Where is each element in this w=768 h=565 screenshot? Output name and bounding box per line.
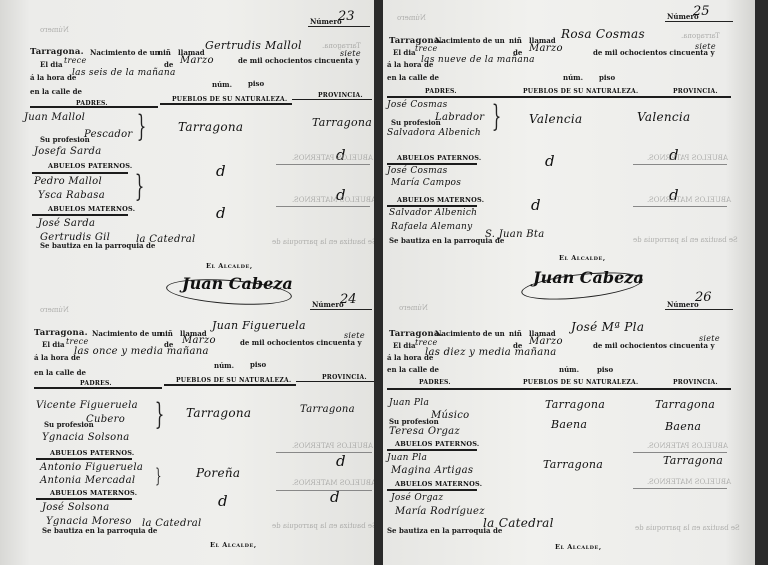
day-label: El dia: [393, 48, 416, 57]
parents-header: PADRES.: [425, 88, 457, 95]
bleed-through-text: ABUELOS PATERNOS.: [647, 154, 728, 162]
towns-header: PUEBLOS DE SU NATURALEZA.: [176, 377, 291, 384]
month-value: Marzo: [182, 335, 216, 346]
mayor-label: El Alcalde,: [555, 543, 602, 551]
paternal-province: Tarragona: [663, 454, 723, 467]
province-header: PROVINCIA.: [322, 374, 367, 381]
brace-icon: }: [137, 112, 147, 142]
mother-name: Teresa Orgaz: [389, 426, 460, 437]
floor-label: piso: [250, 360, 266, 369]
child-label: niñ: [160, 329, 173, 338]
maternal-grandfather: José Solsona: [42, 502, 109, 513]
year-value: siete: [699, 334, 720, 343]
right-page: Número Número 25 Tarragona. Nacimiento d…: [383, 0, 755, 565]
paternal-header: ABUELOS PATERNOS.: [395, 440, 479, 448]
father-name: José Cosmas: [387, 100, 448, 110]
paternal-town: Poreña: [196, 466, 240, 480]
bleed-through-text: Número: [40, 26, 69, 34]
parents-province: Tarragona: [655, 398, 715, 411]
parish-value: S. Juan Bta: [485, 229, 545, 240]
father-name: Juan Pla: [389, 398, 429, 408]
bleed-through-text: ABUELOS MATERNOS.: [647, 478, 731, 486]
book-edge: [755, 0, 768, 565]
paternal-grandfather: Antonio Figueruela: [40, 462, 143, 473]
parents-province: Tarragona: [312, 116, 372, 129]
day-label: El dia: [40, 60, 63, 69]
entry-number: 24: [340, 292, 357, 307]
maternal-grandfather: José Orgaz: [391, 493, 443, 503]
year-value: siete: [695, 42, 716, 51]
ditto-mark: d: [545, 152, 555, 170]
profession-value: Cubero: [86, 414, 125, 425]
bleed-through-text: ABUELOS MATERNOS.: [292, 196, 374, 204]
hour-label: á la hora de: [30, 73, 76, 82]
bleed-through-text: ABUELOS PATERNOS.: [292, 154, 373, 162]
child-label: niñ: [158, 48, 171, 57]
bleed-through-text: Se bautiza en la parroquia de: [272, 522, 374, 530]
province-header: PROVINCIA.: [318, 92, 363, 99]
parents-province: Valencia: [637, 110, 691, 124]
bleed-through-text: Se bautiza en la parroquia de: [272, 238, 374, 246]
paternal-header: ABUELOS PATERNOS.: [48, 162, 132, 170]
brace-icon: }: [155, 460, 161, 490]
floor-label: piso: [248, 79, 264, 88]
number-label: Número: [312, 300, 344, 309]
paternal-header: ABUELOS PATERNOS.: [397, 154, 481, 162]
paternal-grandmother: Magina Artigas: [391, 465, 473, 476]
father-name: Vicente Figueruela: [36, 400, 138, 411]
num-label: núm.: [212, 80, 232, 89]
mother-town: Baena: [551, 418, 587, 431]
paternal-town: Tarragona: [543, 458, 603, 471]
child-name: Rosa Cosmas: [561, 27, 645, 41]
towns-header: PUEBLOS DE SU NATURALEZA.: [172, 96, 287, 103]
street-label: en la calle de: [30, 87, 82, 96]
mother-name: Ygnacia Solsona: [42, 432, 129, 443]
birth-label: Nacimiento de un: [435, 329, 505, 338]
bleed-through-text: ABUELOS MATERNOS.: [647, 196, 731, 204]
bleed-through-text: ABUELOS MATERNOS.: [292, 479, 374, 487]
maternal-header: ABUELOS MATERNOS.: [50, 489, 137, 497]
province-header: PROVINCIA.: [673, 88, 718, 95]
child-name: José Mª Pla: [571, 320, 644, 334]
day-value: trece: [66, 337, 89, 346]
maternal-header: ABUELOS MATERNOS.: [48, 205, 135, 213]
bleed-through-text: Número: [40, 306, 69, 314]
bleed-through-text: ABUELOS PATERNOS.: [292, 442, 373, 450]
maternal-header: ABUELOS MATERNOS.: [395, 480, 482, 488]
book-gutter: [374, 0, 383, 565]
maternal-grandmother: Rafaela Alemany: [391, 222, 472, 232]
parents-town: Valencia: [529, 112, 583, 126]
entry-24: Número Número 24 Tarragona. Nacimiento d…: [0, 282, 374, 564]
parish-value: la Catedral: [483, 516, 554, 530]
year-value: siete: [344, 331, 365, 340]
parents-header: PADRES.: [80, 380, 112, 387]
day-label: El dia: [393, 341, 416, 350]
entry-26: Número Número 26 Tarragona. Nacimiento d…: [383, 282, 755, 564]
bleed-through-text: Número: [399, 304, 428, 312]
number-label: Número: [310, 17, 342, 26]
bleed-through-text: ABUELOS PATERNOS.: [647, 442, 728, 450]
birth-label: Nacimiento de un: [435, 36, 505, 45]
paternal-grandmother: María Campos: [391, 178, 461, 188]
ditto-mark: d: [218, 492, 228, 510]
child-name: Juan Figueruela: [212, 319, 306, 332]
child-label: niñ: [509, 329, 522, 338]
parents-header: PADRES.: [419, 379, 451, 386]
num-label: núm.: [563, 73, 583, 82]
num-label: núm.: [559, 365, 579, 374]
day-value: trece: [415, 44, 438, 53]
profession-label: Su profesion: [40, 135, 90, 144]
ditto-mark: d: [336, 452, 346, 470]
month-value: Marzo: [529, 43, 563, 54]
province-header: PROVINCIA.: [673, 379, 718, 386]
ditto-mark: d: [216, 162, 226, 180]
maternal-header: ABUELOS MATERNOS.: [397, 196, 484, 204]
floor-label: piso: [597, 365, 613, 374]
bleed-through-text: Número: [397, 14, 426, 22]
hour-value: las seis de la mañana: [72, 68, 176, 78]
day-value: trece: [64, 56, 87, 65]
entry-23: Número Número 23 Tarragona. Nacimiento d…: [0, 0, 374, 282]
bleed-through-text: Tarragona.: [681, 32, 720, 40]
day-label: El dia: [42, 340, 65, 349]
parents-town: Tarragona: [178, 120, 243, 134]
mayor-label: El Alcalde,: [206, 262, 253, 270]
mayor-label: El Alcalde,: [210, 541, 257, 549]
street-label: en la calle de: [387, 365, 439, 374]
hour-value: las diez y media mañana: [425, 347, 557, 358]
ditto-mark: d: [531, 196, 541, 214]
paternal-grandmother: Ysca Rabasa: [38, 190, 105, 201]
maternal-grandmother: María Rodríguez: [395, 506, 485, 517]
entry-number: 25: [693, 4, 710, 19]
paternal-grandfather: José Cosmas: [387, 166, 448, 176]
father-name: Juan Mallol: [24, 112, 85, 123]
number-label: Número: [667, 300, 699, 309]
parents-town: Tarragona: [545, 398, 605, 411]
brace-icon: }: [135, 172, 145, 202]
parents-province: Tarragona: [300, 404, 355, 415]
month-value: Marzo: [180, 55, 214, 66]
bleed-through-text: Se bautiza en la parroquia de: [633, 236, 738, 244]
mayor-label: El Alcalde,: [559, 254, 606, 262]
bleed-through-text: Se bautiza en la parroquia de: [635, 524, 740, 532]
street-label: en la calle de: [34, 368, 86, 377]
towns-header: PUEBLOS DE SU NATURALEZA.: [523, 379, 638, 386]
mother-name: Josefa Sarda: [34, 146, 101, 157]
mother-province: Baena: [665, 420, 701, 433]
brace-icon: }: [155, 400, 165, 430]
parish-value: la Catedral: [136, 234, 196, 245]
left-page: Número Número 23 Tarragona. Nacimiento d…: [0, 0, 374, 565]
maternal-grandfather: Salvador Albenich: [389, 208, 477, 218]
profession-value: Labrador: [435, 112, 484, 123]
entry-number: 26: [695, 290, 712, 305]
entry-25: Número Número 25 Tarragona. Nacimiento d…: [383, 0, 755, 282]
towns-header: PUEBLOS DE SU NATURALEZA.: [523, 88, 638, 95]
birth-label: Nacimiento de un: [92, 329, 162, 338]
baptism-label: Se bautiza en la parroquia de: [42, 526, 157, 535]
month-value: Marzo: [529, 336, 563, 347]
hour-value: las nueve de la mañana: [421, 55, 535, 65]
profession-label: Su profesion: [391, 118, 441, 127]
paternal-grandfather: Pedro Mallol: [34, 176, 102, 187]
parish-value: la Catedral: [142, 518, 202, 529]
profession-value: Pescador: [84, 129, 133, 140]
street-label: en la calle de: [387, 73, 439, 82]
num-label: núm.: [214, 361, 234, 370]
paternal-grandfather: Juan Pla: [387, 453, 427, 463]
day-value: trece: [415, 338, 438, 347]
child-name: Gertrudis Mallol: [205, 39, 302, 52]
year-value: siete: [340, 49, 361, 58]
paternal-grandmother: Antonia Mercadal: [40, 475, 135, 486]
year-label: de mil ochocientos cincuenta y: [593, 341, 715, 350]
paternal-header: ABUELOS PATERNOS.: [50, 449, 134, 457]
ditto-mark: d: [216, 204, 226, 222]
birth-label: Nacimiento de un: [90, 48, 160, 57]
brace-icon: }: [492, 102, 502, 132]
parents-town: Tarragona: [186, 406, 251, 420]
floor-label: piso: [599, 73, 615, 82]
hour-value: las once y media mañana: [74, 346, 209, 357]
entry-number: 23: [338, 9, 355, 24]
child-label: niñ: [509, 36, 522, 45]
maternal-grandfather: José Sarda: [38, 218, 95, 229]
profession-value: Músico: [431, 410, 469, 421]
mother-name: Salvadora Albenich: [387, 128, 481, 138]
